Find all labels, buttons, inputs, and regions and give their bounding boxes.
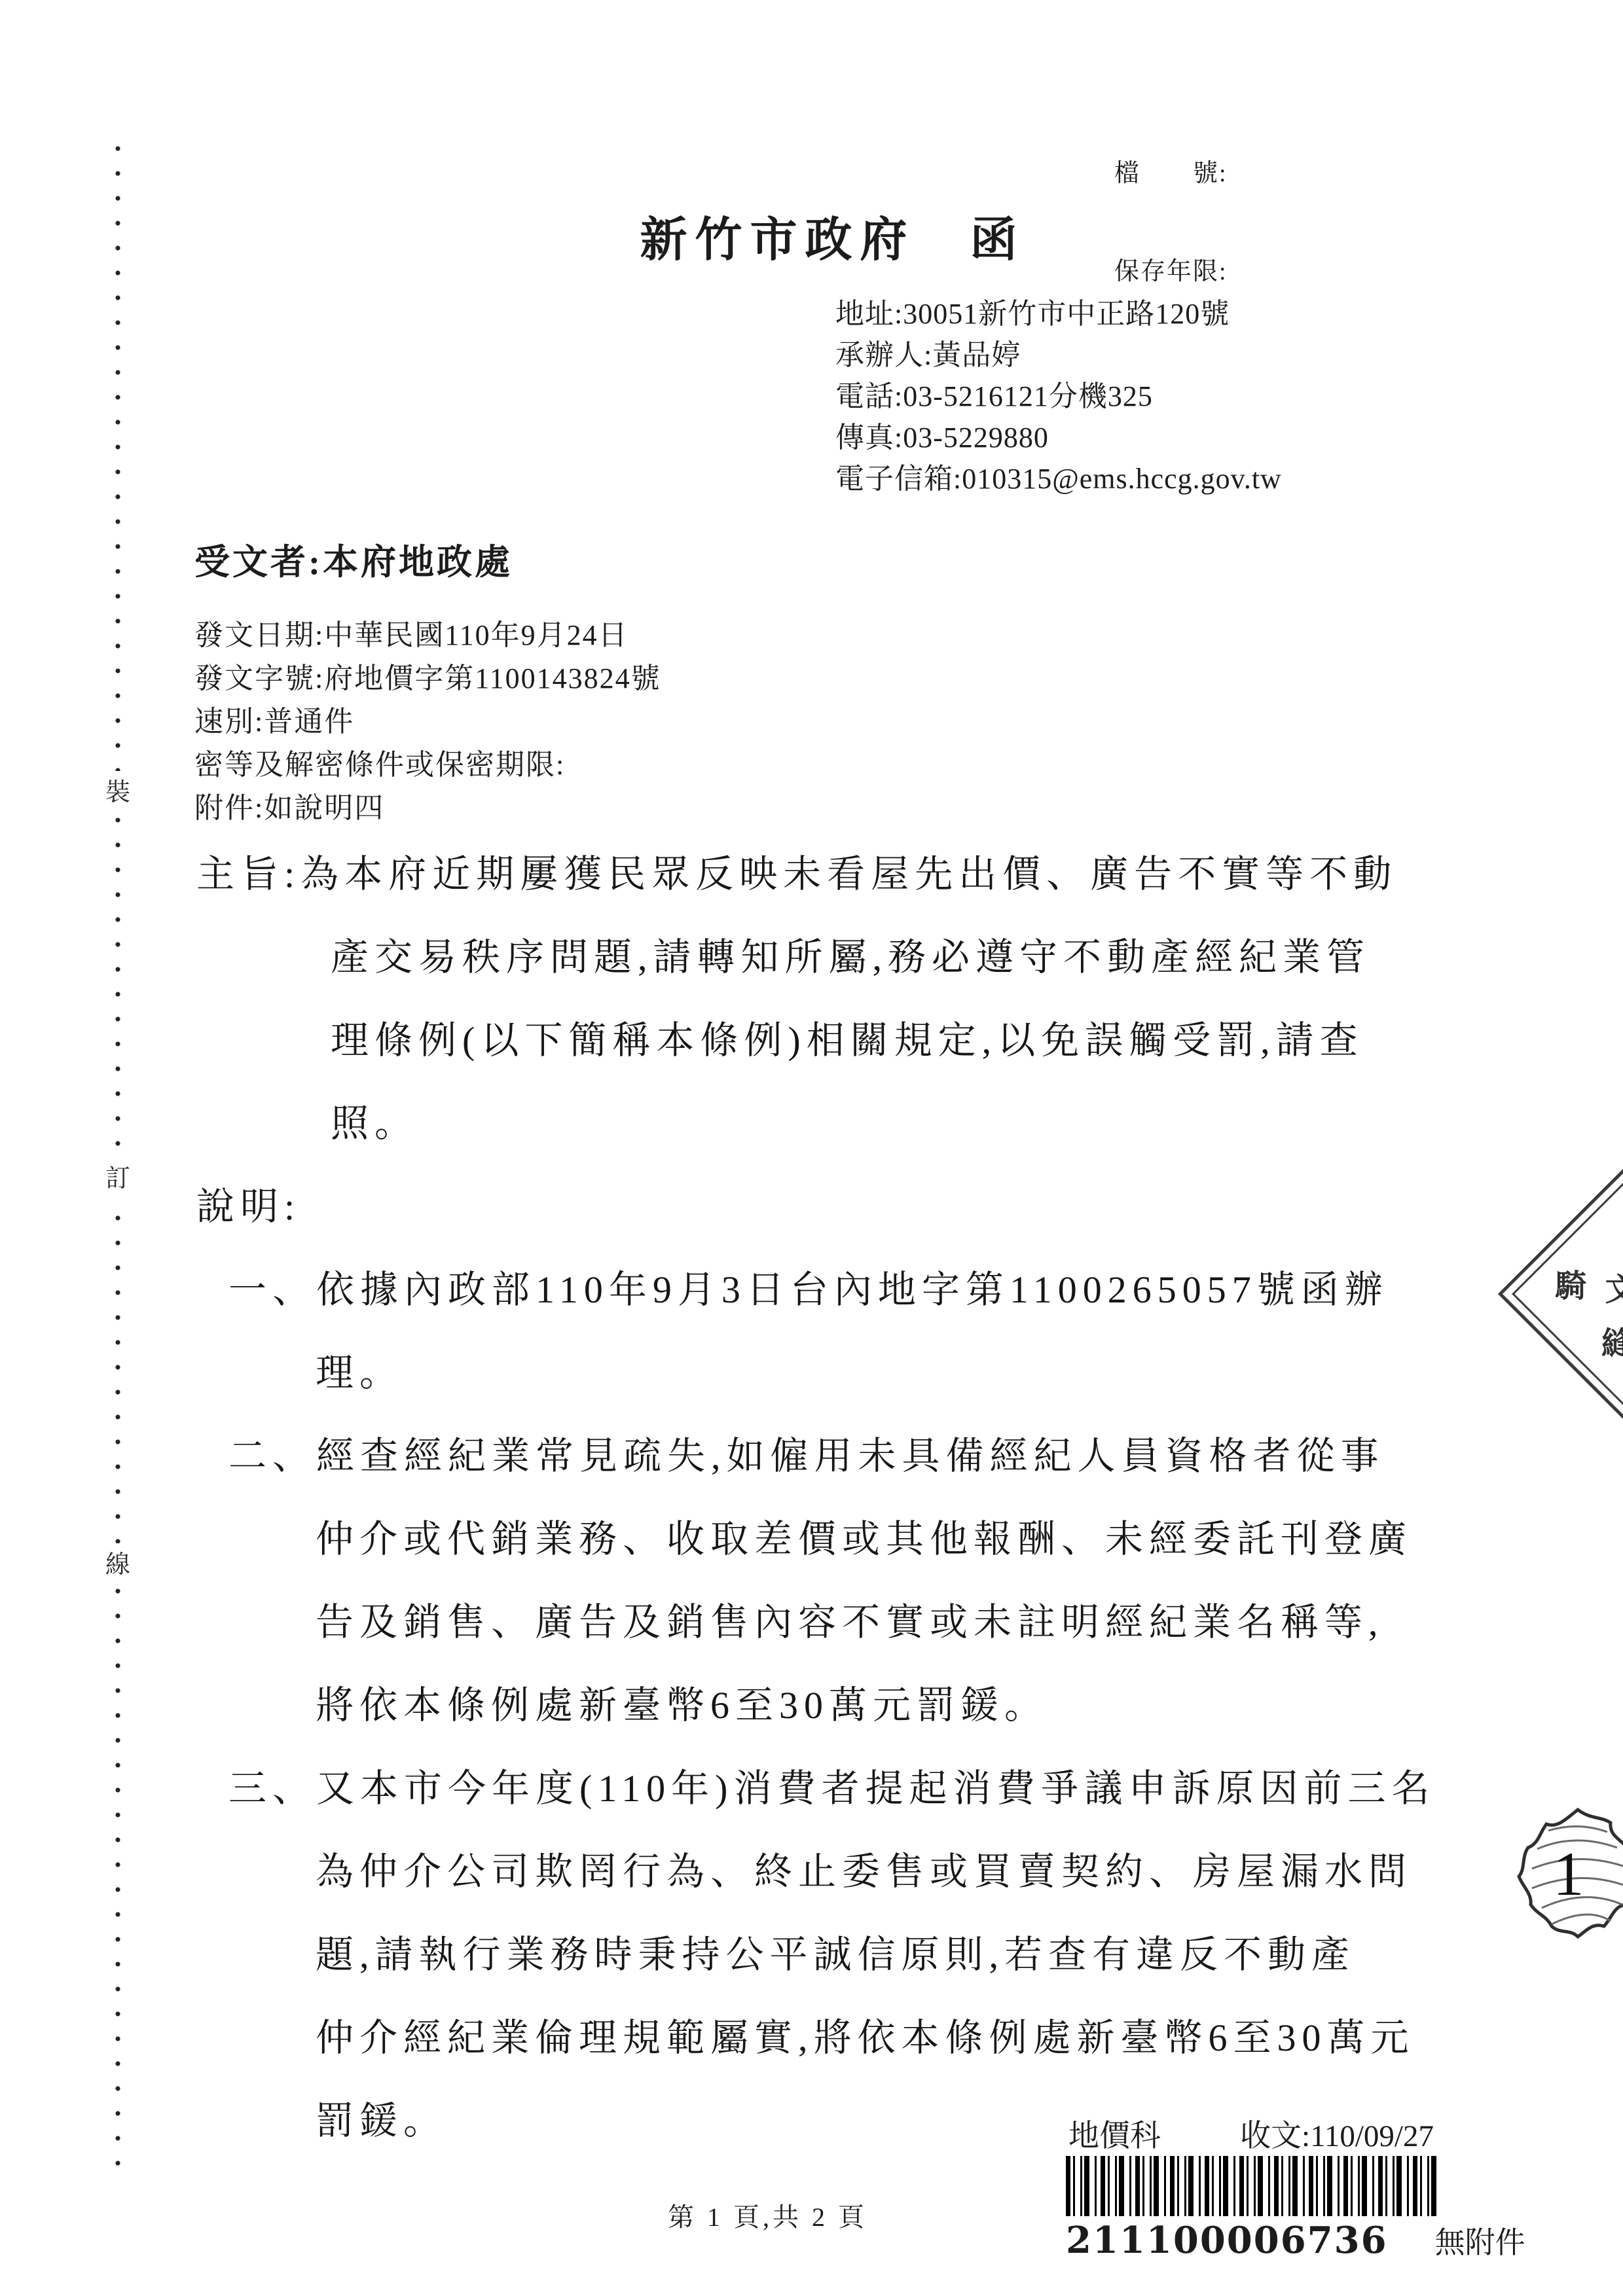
document-page: 裝 訂 線 檔 號: 保存年限: 新竹市政府 函 地址:30051新竹市中正路1… — [0, 0, 1623, 2296]
seam-stamp-char: 縫 — [1601, 1318, 1623, 1363]
receipt-department: 地價科 — [1068, 2111, 1161, 2155]
receipt-stamp-row: 地價科 收文:110/09/27 — [1068, 2111, 1434, 2155]
page-seal-number: 1 — [1553, 1839, 1584, 1909]
issue-date-line: 發文日期:中華民國110年9月24日 — [194, 614, 661, 657]
body-line: 產交易秩序問題,請轉知所屬,務必遵守不動產經紀業管 — [196, 916, 1435, 999]
body-line: 理。 — [196, 1331, 1435, 1414]
body-line: 主旨:為本府近期屢獲民眾反映未看屋先出價、廣告不實等不動 — [196, 833, 1435, 916]
file-number-label: 檔 號: — [1114, 157, 1228, 190]
binding-mark-zhuang: 裝 — [101, 771, 135, 814]
sender-contact-block: 地址:30051新竹市中正路120號 承辦人:黃品婷 電話:03-5216121… — [835, 293, 1282, 499]
barcode-number: 211100006736 — [1066, 2219, 1388, 2262]
body-line: 為仲介公司欺罔行為、終止委售或買賣契約、房屋漏水問 — [196, 1830, 1435, 1913]
body-line: 告及銷售、廣告及銷售內容不實或未註明經紀業名稱等, — [196, 1581, 1435, 1664]
attachment-note: 無附件 — [1435, 2219, 1525, 2262]
sender-phone-line: 電話:03-5216121分機325 — [835, 376, 1282, 417]
issue-number-line: 發文字號:府地價字第1100143824號 — [194, 657, 661, 700]
body-line: 仲介經紀業倫理規範屬實,將依本條例處新臺幣6至30萬元 — [196, 1996, 1435, 2079]
priority-line: 速別:普通件 — [194, 700, 661, 744]
page-number-footer: 第 1 頁,共 2 頁 — [668, 2197, 867, 2234]
sender-officer-line: 承辦人:黃品婷 — [835, 334, 1282, 376]
body-line: 仲介或代銷業務、收取差價或其他報酬、未經委託刊登廣 — [196, 1498, 1435, 1581]
seam-stamp-char: 騎 — [1555, 1261, 1586, 1306]
sender-fax-line: 傳真:03-5229880 — [835, 417, 1282, 458]
receipt-date: 收文:110/09/27 — [1240, 2111, 1434, 2155]
body-line: 二、經查經紀業常見疏失,如僱用未具備經紀人員資格者從事 — [196, 1414, 1435, 1498]
seam-stamp-char: 文 — [1605, 1265, 1623, 1310]
letter-body: 主旨:為本府近期屢獲民眾反映未看屋先出價、廣告不實等不動 產交易秩序問題,請轉知… — [196, 833, 1435, 2162]
body-line: 題,請執行業務時秉持公平誠信原則,若查有違反不動產 — [196, 1913, 1435, 1996]
body-line: 說明: — [196, 1165, 1435, 1248]
page-seal-icon: 1 — [1512, 1803, 1623, 1941]
body-line: 一、依據內政部110年9月3日台內地字第1100265057號函辦 — [196, 1248, 1435, 1331]
document-title: 新竹市政府 函 — [21, 202, 1623, 270]
document-meta-block: 發文日期:中華民國110年9月24日 發文字號:府地價字第1100143824號… — [194, 614, 661, 830]
attachment-line: 附件:如說明四 — [194, 787, 661, 830]
binding-mark-ding: 訂 — [101, 1157, 135, 1200]
security-class-line: 密等及解密條件或保密期限: — [194, 744, 661, 787]
recipient-line: 受文者:本府地政處 — [194, 534, 513, 584]
seam-stamp: 文 騎 縫 — [1498, 1155, 1623, 1433]
body-line: 理條例(以下簡稱本條例)相關規定,以免誤觸受罰,請查 — [196, 999, 1435, 1082]
body-line: 將依本條例處新臺幣6至30萬元罰鍰。 — [196, 1664, 1435, 1747]
sender-address-line: 地址:30051新竹市中正路120號 — [835, 293, 1282, 334]
barcode-caption-row: 211100006736 無附件 — [1066, 2219, 1525, 2262]
binding-mark-xian: 線 — [101, 1543, 135, 1587]
sender-email-line: 電子信箱:010315@ems.hccg.gov.tw — [835, 458, 1282, 499]
body-line: 三、又本市今年度(110年)消費者提起消費爭議申訴原因前三名 — [196, 1747, 1435, 1830]
barcode — [1066, 2156, 1440, 2216]
body-line: 照。 — [196, 1082, 1435, 1165]
